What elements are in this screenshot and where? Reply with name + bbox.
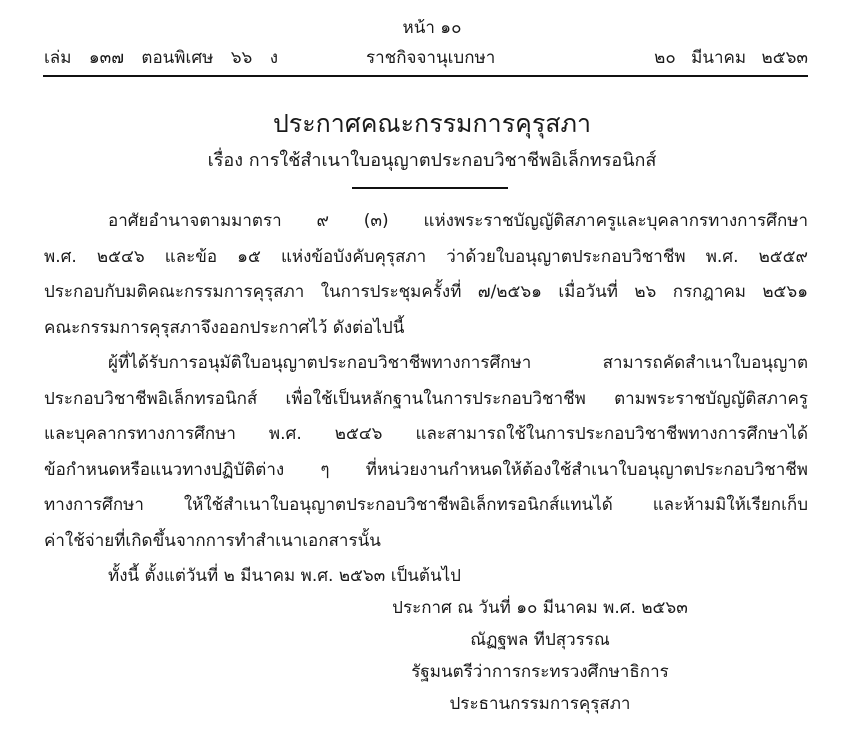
page-number: หน้า ๑๐ (0, 14, 864, 41)
document-subject: เรื่อง การใช้สำเนาใบอนุญาตประกอบวิชาชีพอ… (0, 145, 864, 174)
document-title: ประกาศคณะกรรมการคุรุสภา (0, 104, 864, 144)
gazette-header: เล่ม ๑๓๗ ตอนพิเศษ ๖๖ ง ราชกิจจานุเบกษา ๒… (44, 44, 808, 72)
body-line: ทั้งนี้ ตั้งแต่วันที่ ๒ มีนาคม พ.ศ. ๒๕๖๓… (44, 559, 808, 595)
announcement-date: ประกาศ ณ วันที่ ๑๐ มีนาคม พ.ศ. ๒๕๖๓ (340, 594, 740, 621)
body-line: และบุคลากรทางการศึกษา พ.ศ. ๒๕๔๖ และสามาร… (44, 417, 808, 453)
body-line: ข้อกำหนดหรือแนวทางปฏิบัติต่าง ๆ ที่หน่วย… (44, 453, 808, 489)
body-line: อาศัยอำนาจตามมาตรา ๙ (๓) แห่งพระราชบัญญั… (44, 204, 808, 240)
body-line: ค่าใช้จ่ายที่เกิดขึ้นจากการทำสำเนาเอกสาร… (44, 524, 808, 560)
body-line: คณะกรรมการคุรุสภาจึงออกประกาศไว้ ดังต่อไ… (44, 311, 808, 347)
body-line: ผู้ที่ได้รับการอนุมัติใบอนุญาตประกอบวิชา… (44, 346, 808, 382)
publication-name: ราชกิจจานุเบกษา (366, 44, 495, 71)
body-line: ประกอบกับมติคณะกรรมการคุรุสภา ในการประชุ… (44, 275, 808, 311)
body-line: ประกอบวิชาชีพอิเล็กทรอนิกส์ เพื่อใช้เป็น… (44, 382, 808, 418)
document-body: อาศัยอำนาจตามมาตรา ๙ (๓) แห่งพระราชบัญญั… (44, 204, 808, 595)
signatory-name: ณัฏฐพล ทีปสุวรรณ (340, 626, 740, 653)
body-line: ทางการศึกษา ให้ใช้สำเนาใบอนุญาตประกอบวิช… (44, 488, 808, 524)
signatory-position: รัฐมนตรีว่าการกระทรวงศึกษาธิการ (340, 658, 740, 685)
body-line: พ.ศ. ๒๕๔๖ และข้อ ๑๕ แห่งข้อบังคับคุรุสภา… (44, 240, 808, 276)
header-divider (43, 75, 808, 77)
volume-issue: เล่ม ๑๓๗ ตอนพิเศษ ๖๖ ง (44, 44, 278, 71)
signatory-role: ประธานกรรมการคุรุสภา (340, 690, 740, 717)
publication-date: ๒๐ มีนาคม ๒๕๖๓ (654, 44, 808, 71)
title-divider (352, 187, 508, 189)
